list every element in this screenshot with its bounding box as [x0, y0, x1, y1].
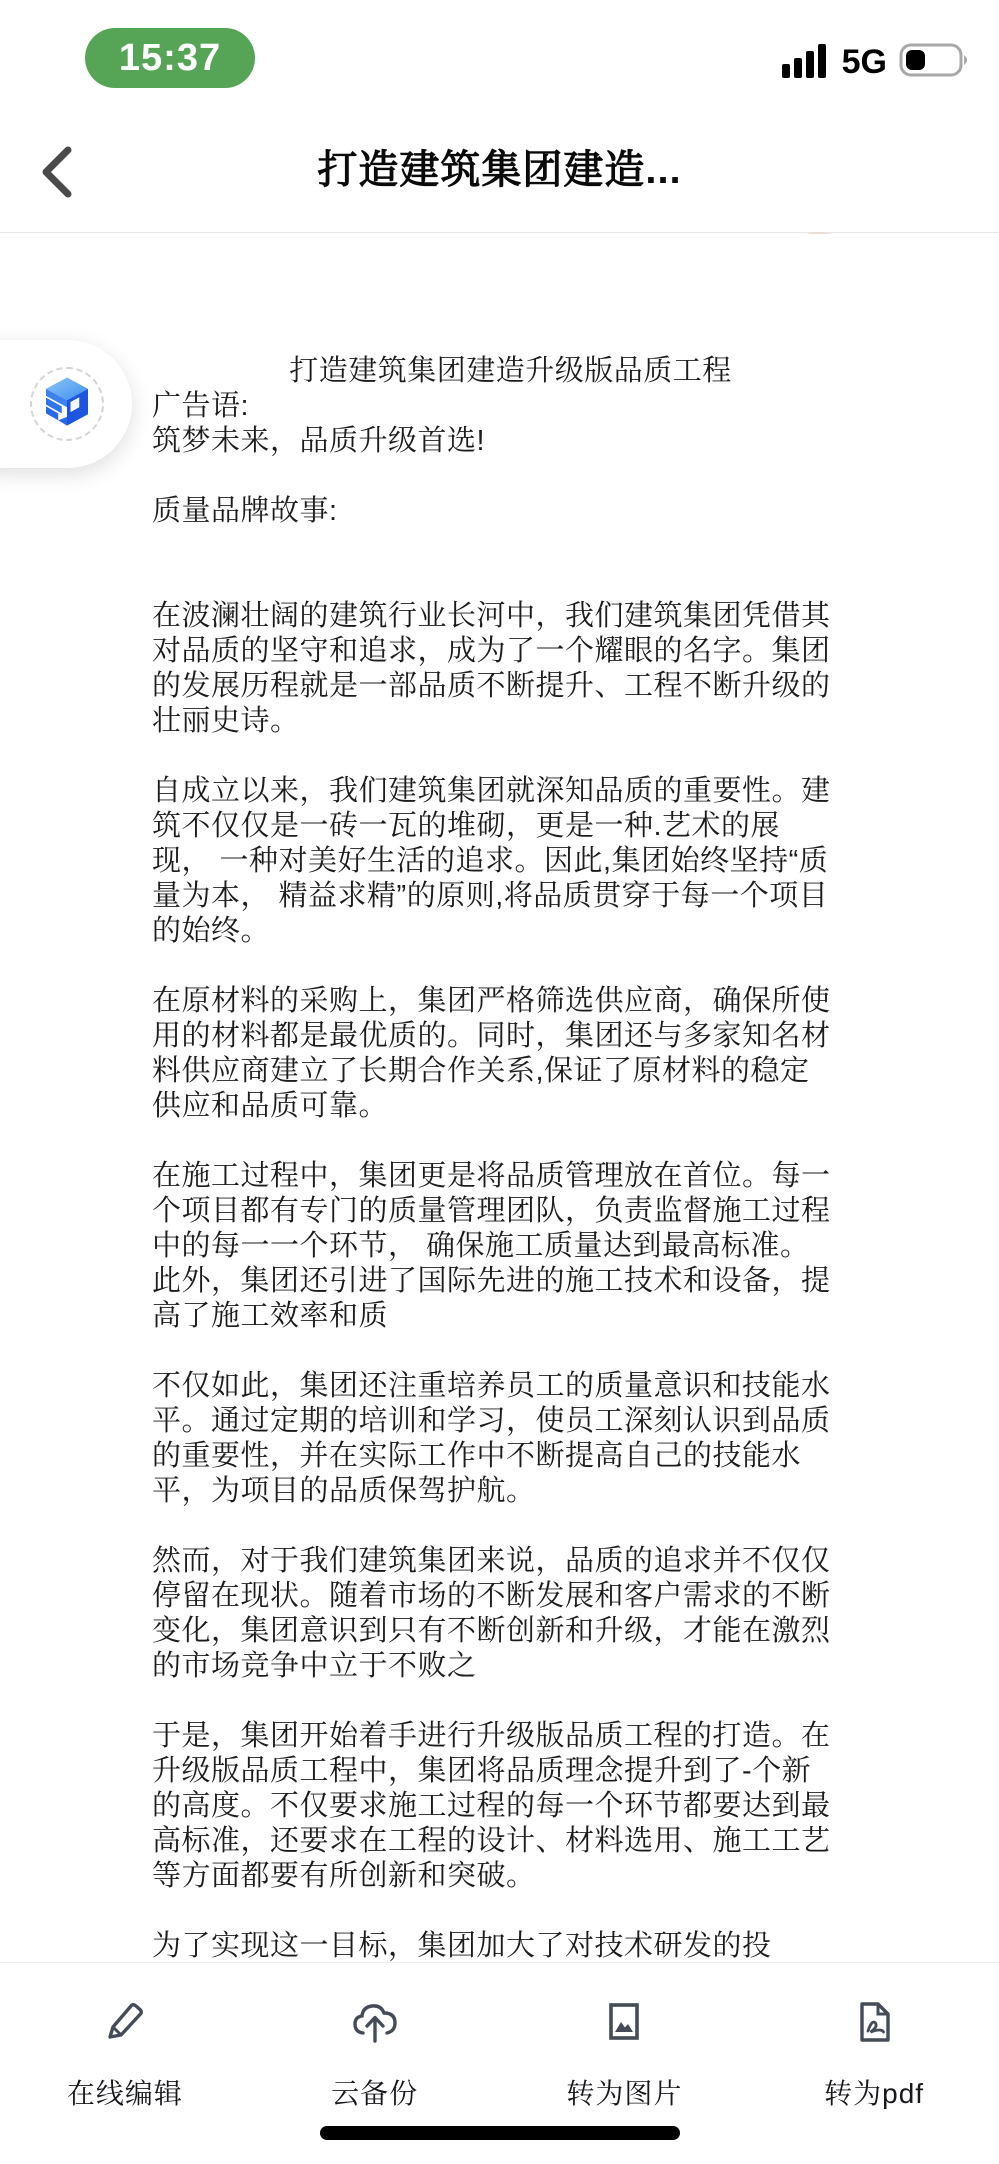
paragraph: 广告语: 筑梦未来，品质升级首选!: [152, 389, 869, 459]
paragraph: 质量品牌故事:: [152, 494, 869, 529]
tool-label: 转为pdf: [824, 2072, 924, 2112]
assistant-logo-ring: [30, 367, 104, 441]
image-icon: [601, 1999, 647, 2050]
tool-label: 转为图片: [566, 2072, 682, 2112]
assistant-logo-icon: [39, 374, 95, 435]
pencil-icon: [102, 1999, 148, 2050]
convert-to-pdf-button[interactable]: 转为pdf: [749, 1963, 999, 2164]
page-title: 打造建筑集团建造...: [0, 138, 999, 195]
pdf-file-icon: [851, 1999, 897, 2050]
paragraph: 在原材料的采购上，集团严格筛选供应商，确保所使 用的材料都是最优质的。同时，集团…: [152, 984, 869, 1124]
document-viewer[interactable]: 打造建筑集团建造升级版品质工程 广告语: 筑梦未来，品质升级首选! 质量品牌故事…: [0, 234, 999, 1962]
time-pill[interactable]: 15:37: [85, 28, 255, 88]
floating-assistant-chip[interactable]: [0, 340, 132, 468]
paragraph: 在波澜壮阔的建筑行业长河中，我们建筑集团凭借其 对品质的坚守和追求，成为了一个耀…: [152, 564, 869, 739]
home-indicator[interactable]: [320, 2126, 680, 2140]
network-type-label: 5G: [842, 43, 887, 82]
status-bar: 15:37 5G: [0, 0, 999, 100]
document-body: 打造建筑集团建造升级版品质工程 广告语: 筑梦未来，品质升级首选! 质量品牌故事…: [0, 234, 999, 1962]
paragraph: 不仅如此，集团还注重培养员工的质量意识和技能水 平。通过定期的培训和学习，使员工…: [152, 1369, 869, 1509]
paragraph: 然而，对于我们建筑集团来说，品质的追求并不仅仅 停留在现状。随着市场的不断发展和…: [152, 1544, 869, 1684]
signal-strength-icon: [782, 42, 830, 83]
paragraph: 在施工过程中，集团更是将品质管理放在首位。每一 个项目都有专门的质量管理团队，负…: [152, 1159, 869, 1334]
online-edit-button[interactable]: 在线编辑: [0, 1963, 250, 2164]
paragraph: 于是，集团开始着手进行升级版品质工程的打造。在 升级版品质工程中，集团将品质理念…: [152, 1719, 869, 1894]
tool-label: 云备份: [331, 2072, 418, 2112]
tool-label: 在线编辑: [67, 2072, 183, 2112]
cloud-upload-icon: [351, 1999, 399, 2050]
paragraph: 为了实现这一目标，集团加大了对技术研发的投: [152, 1929, 869, 1962]
nav-bar: 打造建筑集团建造...: [0, 100, 999, 233]
phone-screen: 15:37 5G: [0, 0, 999, 2164]
paragraph: 自成立以来，我们建筑集团就深知品质的重要性。建 筑不仅仅是一砖一瓦的堆砌，更是一…: [152, 774, 869, 949]
clock-time: 15:37: [119, 37, 221, 80]
battery-icon: [899, 42, 973, 83]
status-icons: 5G: [782, 42, 973, 83]
document-title: 打造建筑集团建造升级版品质工程: [152, 354, 869, 389]
